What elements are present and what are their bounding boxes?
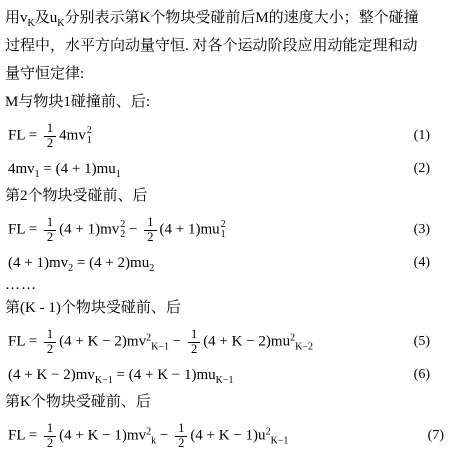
- fraction-numerator: 1: [44, 122, 56, 136]
- equation-math: 4mv1 = (4 + 1)mu1: [8, 161, 121, 178]
- equation-row: FL = 12(4 + K − 1)mv2k − 12(4 + K − 1)u2…: [5, 416, 456, 456]
- equation-math: FL = 12(4 + K − 2)mv2K−1 − 12(4 + K − 2)…: [8, 328, 313, 357]
- text-line: 量守恒定律:: [5, 60, 456, 88]
- equation-number: (3): [414, 222, 430, 238]
- math-text: M与物块1碰撞前、后:: [5, 94, 150, 110]
- fraction-denominator: 2: [144, 230, 156, 245]
- equation-number: (7): [428, 428, 444, 444]
- content: 用vK及uK分别表示第K个物块受碰前后M的速度大小；整个碰撞过程中，水平方向动量…: [5, 4, 456, 456]
- subscript: 2: [149, 263, 154, 274]
- math-text: (4 + 1)mv: [8, 255, 68, 271]
- ellipsis-line: ……: [5, 276, 456, 294]
- fraction-denominator: 2: [44, 230, 56, 245]
- math-text: 4mv: [8, 161, 35, 177]
- text-line: 用vK及uK分别表示第K个物块受碰前后M的速度大小；整个碰撞: [5, 4, 456, 32]
- math-text: −: [125, 221, 141, 237]
- math-text: 及u: [35, 10, 58, 26]
- fraction-numerator: 1: [175, 422, 187, 436]
- math-text: 第(K - 1)个物块受碰前、后: [5, 300, 181, 316]
- document: 用vK及uK分别表示第K个物块受碰前后M的速度大小；整个碰撞过程中，水平方向动量…: [0, 0, 456, 456]
- math-text: 第K个物块受碰前、后: [5, 394, 151, 410]
- equation-row: FL = 12(4 + K − 2)mv2K−1 − 12(4 + K − 2)…: [5, 322, 456, 362]
- math-text: 4mv: [59, 127, 86, 143]
- math-text: = (4 + K − 1)mu: [113, 367, 216, 383]
- equation-number: (4): [414, 255, 430, 271]
- math-text: FL =: [8, 221, 41, 237]
- equation-math: FL = 12(4 + 1)mv22 − 12(4 + 1)mu21: [8, 216, 226, 245]
- text-line: 第2个物块受碰前、后: [5, 182, 456, 210]
- fraction-denominator: 2: [44, 136, 56, 151]
- math-text: (4 + K − 1)u: [190, 427, 265, 443]
- fraction: 12: [44, 328, 56, 357]
- equation-number: (2): [414, 161, 430, 177]
- equation-row: FL = 124mv21(1): [5, 116, 456, 156]
- equation-math: FL = 124mv21: [8, 122, 92, 151]
- stacked-sub-superscript: 21: [221, 220, 226, 241]
- fraction: 12: [44, 422, 56, 451]
- fraction-denominator: 2: [44, 436, 56, 451]
- math-text: −: [156, 427, 172, 443]
- equation-row: 4mv1 = (4 + 1)mu1(2): [5, 156, 456, 182]
- fraction: 12: [188, 328, 200, 357]
- math-text: (4 + K − 1)mv: [59, 427, 146, 443]
- subscript: 1: [116, 169, 121, 180]
- math-text: 用v: [5, 10, 28, 26]
- math-text: −: [169, 333, 185, 349]
- subscript: K−1: [271, 435, 289, 446]
- math-text: (4 + K − 2)mv: [8, 367, 95, 383]
- subscript: K−1: [95, 375, 113, 386]
- math-text: (4 + 1)mu: [160, 221, 220, 237]
- equation-row: (4 + 1)mv2 = (4 + 2)mu2(4): [5, 250, 456, 276]
- math-text: ……: [5, 277, 37, 293]
- fraction: 12: [175, 422, 187, 451]
- math-text: FL =: [8, 127, 41, 143]
- math-text: 过程中，水平方向动量守恒. 对各个运动阶段应用动能定理和动: [5, 38, 418, 54]
- fraction-numerator: 1: [44, 328, 56, 342]
- subscript: K−1: [216, 375, 234, 386]
- fraction-numerator: 1: [188, 328, 200, 342]
- math-text: (4 + K − 2)mu: [203, 333, 290, 349]
- text-line: 第(K - 1)个物块受碰前、后: [5, 294, 456, 322]
- fraction-denominator: 2: [175, 436, 187, 451]
- equation-number: (6): [414, 367, 430, 383]
- subscript: 1: [221, 230, 226, 241]
- equation-number: (1): [414, 128, 430, 144]
- math-text: (4 + K − 2)mv: [59, 333, 146, 349]
- fraction: 12: [44, 122, 56, 151]
- equation-math: FL = 12(4 + K − 1)mv2k − 12(4 + K − 1)u2…: [8, 422, 288, 451]
- fraction-numerator: 1: [144, 216, 156, 230]
- math-text: FL =: [8, 427, 41, 443]
- equation-math: (4 + 1)mv2 = (4 + 2)mu2: [8, 255, 154, 272]
- fraction-denominator: 2: [44, 342, 56, 357]
- text-line: 第K个物块受碰前、后: [5, 388, 456, 416]
- subscript: K: [28, 18, 35, 29]
- math-text: = (4 + 1)mu: [40, 161, 116, 177]
- math-text: 分别表示第K个物块受碰前后M的速度大小；整个碰撞: [65, 10, 419, 26]
- subscript: 1: [87, 136, 92, 147]
- math-text: 量守恒定律:: [5, 66, 84, 82]
- subscript: K: [57, 18, 64, 29]
- stacked-sub-superscript: 21: [87, 126, 92, 147]
- text-line: M与物块1碰撞前、后:: [5, 88, 456, 116]
- subscript: K−1: [151, 341, 169, 352]
- math-text: 第2个物块受碰前、后: [5, 188, 148, 204]
- text-line: 过程中，水平方向动量守恒. 对各个运动阶段应用动能定理和动: [5, 32, 456, 60]
- math-text: = (4 + 2)mu: [73, 255, 149, 271]
- fraction: 12: [144, 216, 156, 245]
- equation-row: (4 + K − 2)mvK−1 = (4 + K − 1)muK−1(6): [5, 362, 456, 388]
- equation-number: (5): [414, 334, 430, 350]
- fraction-numerator: 1: [44, 216, 56, 230]
- equation-row: FL = 12(4 + 1)mv22 − 12(4 + 1)mu21(3): [5, 210, 456, 250]
- math-text: FL =: [8, 333, 41, 349]
- fraction: 12: [44, 216, 56, 245]
- subscript: K−2: [295, 341, 313, 352]
- math-text: (4 + 1)mv: [59, 221, 119, 237]
- fraction-denominator: 2: [188, 342, 200, 357]
- equation-math: (4 + K − 2)mvK−1 = (4 + K − 1)muK−1: [8, 367, 234, 384]
- fraction-numerator: 1: [44, 422, 56, 436]
